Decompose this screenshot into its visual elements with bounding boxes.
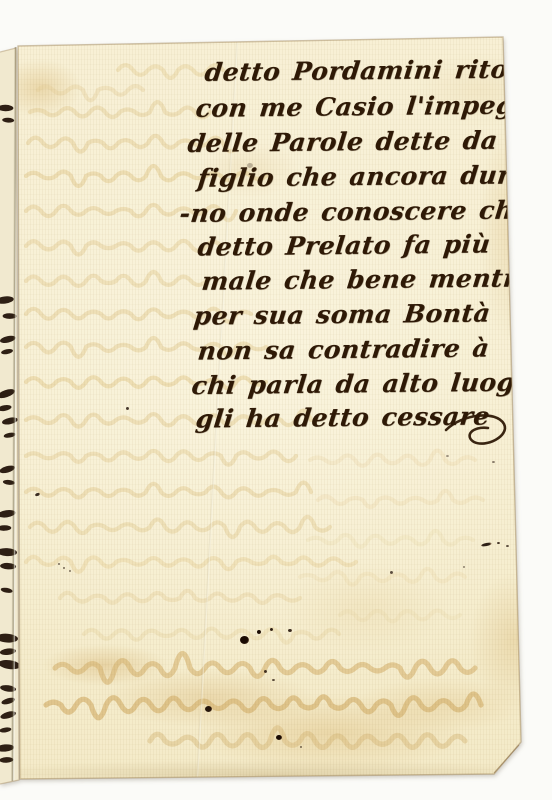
manuscript-scan: detto Pordamini ritornocon me Casio l'im… bbox=[0, 0, 552, 800]
corner-fold-line bbox=[494, 745, 519, 773]
paper-edge-outline bbox=[0, 0, 552, 800]
paper-sheet: detto Pordamini ritornocon me Casio l'im… bbox=[0, 0, 552, 800]
